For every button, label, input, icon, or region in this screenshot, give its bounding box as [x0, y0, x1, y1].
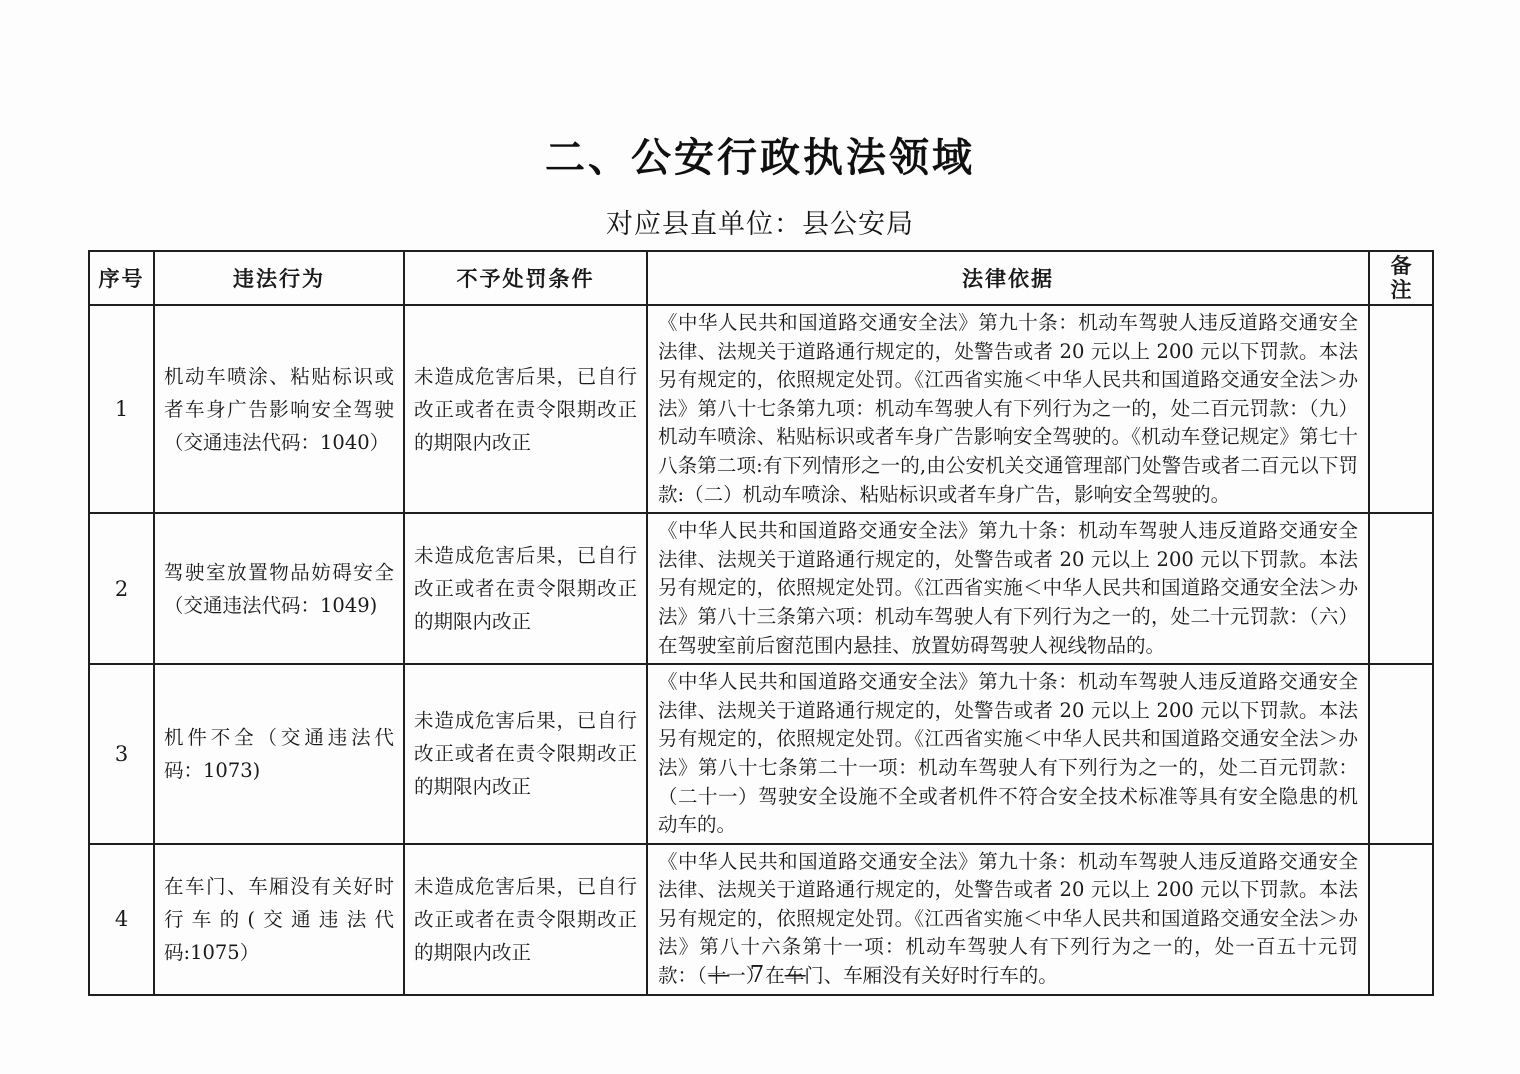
header-cell-condition: 不予处罚条件 [404, 251, 647, 305]
violation-cell: 驾驶室放置物品妨碍安全（交通违法代码：1049) [154, 513, 404, 664]
table-row: 3 机件不全（交通违法代码：1073) 未造成危害后果，已自行改正或者在责令限期… [89, 664, 1433, 844]
condition-cell: 未造成危害后果，已自行改正或者在责令限期改正的期限内改正 [404, 305, 647, 513]
condition-cell: 未造成危害后果，已自行改正或者在责令限期改正的期限内改正 [404, 664, 647, 844]
legal-basis-cell: 《中华人民共和国道路交通安全法》第九十条：机动车驾驶人违反道路交通安全法律、法规… [647, 513, 1369, 664]
condition-cell: 未造成危害后果，已自行改正或者在责令限期改正的期限内改正 [404, 513, 647, 664]
violation-cell: 机件不全（交通违法代码：1073) [154, 664, 404, 844]
page-title: 二、公安行政执法领域 [0, 126, 1520, 183]
table-row: 1 机动车喷涂、粘贴标识或者车身广告影响安全驾驶（交通违法代码：1040） 未造… [89, 305, 1433, 513]
enforcement-table: 序号 违法行为 不予处罚条件 法律依据 备注 1 机动车喷涂、粘贴标识或者车身广… [88, 250, 1434, 996]
remark-cell [1369, 513, 1433, 664]
row-number: 1 [89, 305, 154, 513]
header-cell-no: 序号 [89, 251, 154, 305]
remark-cell [1369, 664, 1433, 844]
header-cell-remark-label: 备注 [1389, 254, 1413, 302]
page-subtitle: 对应县直单位：县公安局 [0, 202, 1520, 241]
document-page: 二、公安行政执法领域 对应县直单位：县公安局 序号 违法行为 不予处罚条件 法律… [0, 0, 1520, 1074]
page-number: — 7 — [0, 962, 1520, 988]
table-row: 2 驾驶室放置物品妨碍安全（交通违法代码：1049) 未造成危害后果，已自行改正… [89, 513, 1433, 664]
header-cell-legal-basis: 法律依据 [647, 251, 1369, 305]
legal-basis-cell: 《中华人民共和国道路交通安全法》第九十条：机动车驾驶人违反道路交通安全法律、法规… [647, 664, 1369, 844]
row-number: 3 [89, 664, 154, 844]
header-cell-remark: 备注 [1369, 251, 1433, 305]
header-cell-violation: 违法行为 [154, 251, 404, 305]
remark-cell [1369, 305, 1433, 513]
violation-cell: 机动车喷涂、粘贴标识或者车身广告影响安全驾驶（交通违法代码：1040） [154, 305, 404, 513]
row-number: 2 [89, 513, 154, 664]
table-header-row: 序号 违法行为 不予处罚条件 法律依据 备注 [89, 251, 1433, 305]
legal-basis-cell: 《中华人民共和国道路交通安全法》第九十条：机动车驾驶人违反道路交通安全法律、法规… [647, 305, 1369, 513]
